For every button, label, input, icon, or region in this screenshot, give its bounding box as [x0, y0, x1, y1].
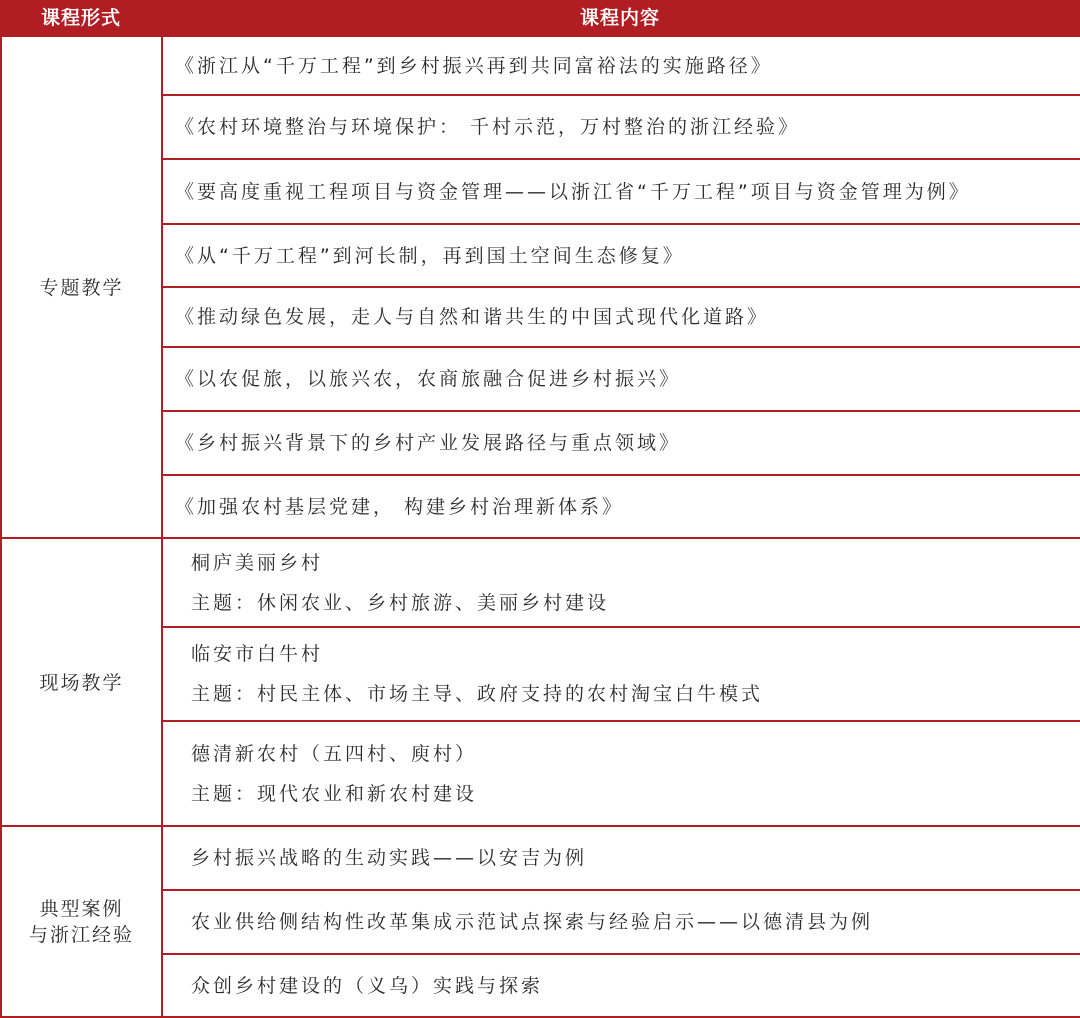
table-row: 乡村振兴战略的生动实践——以安吉为例: [163, 827, 1080, 891]
site-name: 桐庐美丽乡村: [191, 543, 1080, 583]
group-label: 现场教学: [2, 539, 163, 826]
row-text: 乡村振兴战略的生动实践——以安吉为例: [191, 838, 1080, 878]
table-row: 《从“千万工程”到河长制，再到国土空间生态修复》: [163, 225, 1080, 288]
row-text: 《乡村振兴背景下的乡村产业发展路径与重点领域》: [175, 423, 1080, 463]
group-topic-teaching: 专题教学 《浙江从“千万工程”到乡村振兴再到共同富裕法的实施路径》 《农村环境整…: [2, 37, 1080, 538]
header-course-format: 课程形式: [0, 0, 162, 37]
table-row: 《要高度重视工程项目与资金管理——以浙江省“千万工程”项目与资金管理为例》: [163, 160, 1080, 225]
table-row: 临安市白牛村 主题：村民主体、市场主导、政府支持的农村淘宝白牛模式: [163, 628, 1080, 722]
table-row: 桐庐美丽乡村 主题：休闲农业、乡村旅游、美丽乡村建设: [163, 539, 1080, 628]
row-text: 农业供给侧结构性改革集成示范试点探索与经验启示——以德清县为例: [191, 902, 1080, 942]
course-table: 课程形式 课程内容 专题教学 《浙江从“千万工程”到乡村振兴再到共同富裕法的实施…: [0, 0, 1080, 1018]
row-text: 《要高度重视工程项目与资金管理——以浙江省“千万工程”项目与资金管理为例》: [175, 172, 1080, 212]
site-name: 临安市白牛村: [191, 634, 1080, 674]
row-text: 《农村环境整治与环境保护： 千村示范，万村整治的浙江经验》: [175, 107, 1080, 147]
row-text: 《浙江从“千万工程”到乡村振兴再到共同富裕法的实施路径》: [175, 46, 1080, 86]
site-theme: 主题：现代农业和新农村建设: [191, 774, 1080, 814]
row-text: 《以农促旅，以旅兴农，农商旅融合促进乡村振兴》: [175, 359, 1080, 399]
site-name: 德清新农村（五四村、庾村）: [191, 734, 1080, 774]
row-text: 众创乡村建设的（义乌）实践与探索: [191, 966, 1080, 1006]
table-row: 《浙江从“千万工程”到乡村振兴再到共同富裕法的实施路径》: [163, 37, 1080, 96]
site-theme: 主题：村民主体、市场主导、政府支持的农村淘宝白牛模式: [191, 674, 1080, 714]
table-row: 《推动绿色发展，走人与自然和谐共生的中国式现代化道路》: [163, 288, 1080, 348]
group-field-teaching: 现场教学 桐庐美丽乡村 主题：休闲农业、乡村旅游、美丽乡村建设 临安市白牛村 主…: [2, 539, 1080, 826]
table-row: 众创乡村建设的（义乌）实践与探索: [163, 955, 1080, 1016]
table-row: 德清新农村（五四村、庾村） 主题：现代农业和新农村建设: [163, 722, 1080, 826]
table-row: 农业供给侧结构性改革集成示范试点探索与经验启示——以德清县为例: [163, 891, 1080, 955]
group-typical-cases: 典型案例 与浙江经验 乡村振兴战略的生动实践——以安吉为例 农业供给侧结构性改革…: [2, 827, 1080, 1016]
site-theme: 主题：休闲农业、乡村旅游、美丽乡村建设: [191, 583, 1080, 623]
header-course-content: 课程内容: [162, 0, 1078, 37]
row-text: 《推动绿色发展，走人与自然和谐共生的中国式现代化道路》: [175, 297, 1080, 337]
table-row: 《农村环境整治与环境保护： 千村示范，万村整治的浙江经验》: [163, 96, 1080, 160]
table-row: 《加强农村基层党建， 构建乡村治理新体系》: [163, 476, 1080, 538]
table-row: 《以农促旅，以旅兴农，农商旅融合促进乡村振兴》: [163, 348, 1080, 412]
table-body: 专题教学 《浙江从“千万工程”到乡村振兴再到共同富裕法的实施路径》 《农村环境整…: [0, 37, 1080, 1018]
table-header: 课程形式 课程内容: [0, 0, 1080, 37]
row-text: 《加强农村基层党建， 构建乡村治理新体系》: [175, 487, 1080, 527]
group-label: 专题教学: [2, 37, 163, 538]
group-label: 典型案例 与浙江经验: [2, 827, 163, 1016]
table-row: 《乡村振兴背景下的乡村产业发展路径与重点领域》: [163, 412, 1080, 476]
row-text: 《从“千万工程”到河长制，再到国土空间生态修复》: [175, 236, 1080, 276]
